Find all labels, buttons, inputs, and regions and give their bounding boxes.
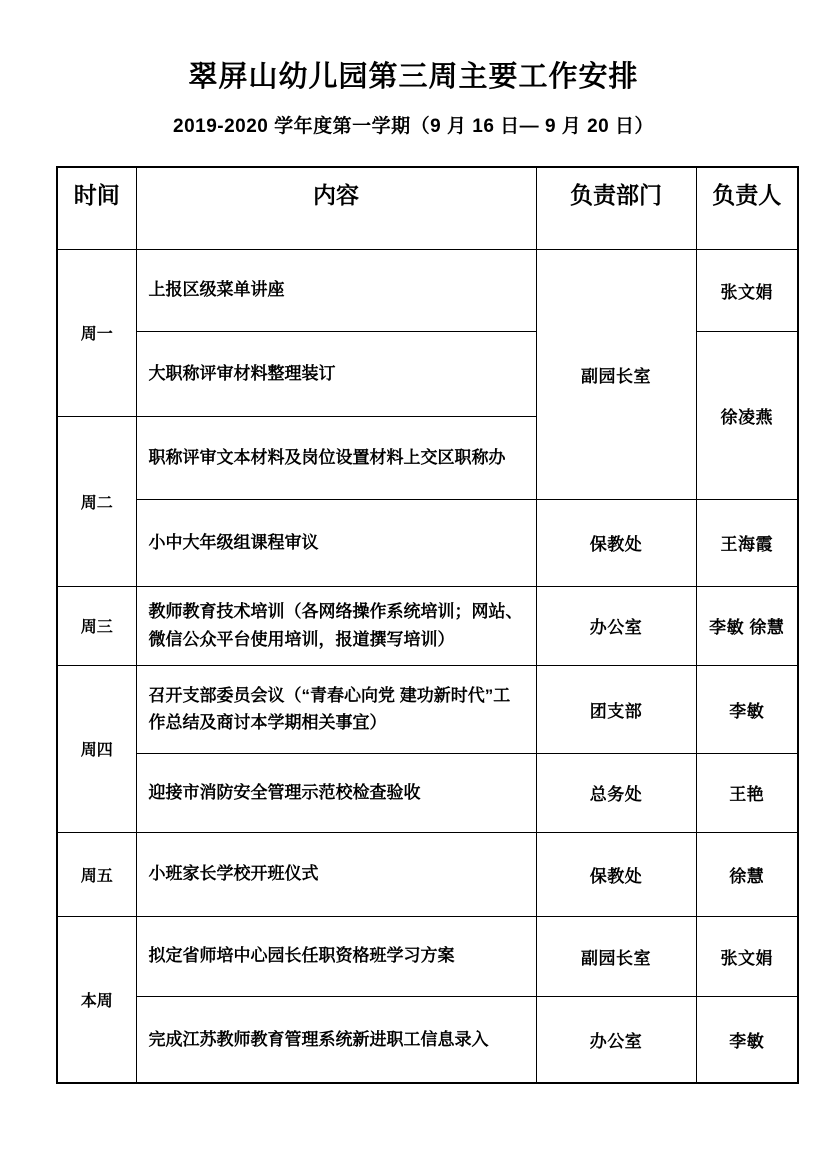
table-row: 周五 小班家长学校开班仪式 保教处 徐慧 (57, 832, 798, 916)
content-cell: 召开支部委员会议（“青春心向党 建功新时代”工作总结及商讨本学期相关事宜） (136, 665, 536, 753)
header-content: 内容 (136, 167, 536, 249)
table-row: 完成江苏教师教育管理系统新进职工信息录入 办公室 李敏 (57, 996, 798, 1083)
time-cell: 周四 (57, 665, 136, 832)
dept-cell: 保教处 (536, 832, 696, 916)
table-row: 小中大年级组课程审议 保教处 王海霞 (57, 499, 798, 586)
document-page: 翠屏山幼儿园第三周主要工作安排 2019-2020 学年度第一学期（9 月 16… (0, 0, 827, 1170)
content-cell: 职称评审文本材料及岗位设置材料上交区职称办 (136, 416, 536, 499)
dept-cell: 副园长室 (536, 249, 696, 499)
person-cell: 徐慧 (696, 832, 798, 916)
content-cell: 小班家长学校开班仪式 (136, 832, 536, 916)
content-cell: 完成江苏教师教育管理系统新进职工信息录入 (136, 996, 536, 1083)
content-cell: 拟定省师培中心园长任职资格班学习方案 (136, 916, 536, 996)
dept-cell: 团支部 (536, 665, 696, 753)
person-cell: 徐凌燕 (696, 331, 798, 499)
person-cell: 李敏 徐慧 (696, 586, 798, 665)
page-subtitle: 2019-2020 学年度第一学期（9 月 16 日— 9 月 20 日） (0, 111, 827, 138)
table-row: 周三 教师教育技术培训（各网络操作系统培训；网站、微信公众平台使用培训，报道撰写… (57, 586, 798, 665)
time-cell: 周二 (57, 416, 136, 586)
dept-cell: 副园长室 (536, 916, 696, 996)
content-cell: 大职称评审材料整理装订 (136, 331, 536, 416)
content-cell: 上报区级菜单讲座 (136, 249, 536, 331)
table-row: 周四 召开支部委员会议（“青春心向党 建功新时代”工作总结及商讨本学期相关事宜）… (57, 665, 798, 753)
content-cell: 小中大年级组课程审议 (136, 499, 536, 586)
header-person: 负责人 (696, 167, 798, 249)
time-cell: 周五 (57, 832, 136, 916)
page-title: 翠屏山幼儿园第三周主要工作安排 (0, 0, 827, 95)
content-cell: 迎接市消防安全管理示范校检查验收 (136, 753, 536, 832)
time-cell: 周一 (57, 249, 136, 416)
time-cell: 周三 (57, 586, 136, 665)
person-cell: 张文娟 (696, 249, 798, 331)
header-time: 时间 (57, 167, 136, 249)
person-cell: 王艳 (696, 753, 798, 832)
time-cell: 本周 (57, 916, 136, 1083)
person-cell: 张文娟 (696, 916, 798, 996)
person-cell: 李敏 (696, 996, 798, 1083)
person-cell: 李敏 (696, 665, 798, 753)
dept-cell: 总务处 (536, 753, 696, 832)
schedule-table: 时间 内容 负责部门 负责人 周一 上报区级菜单讲座 副园长室 张文娟 大职称评… (56, 166, 799, 1084)
table-row: 迎接市消防安全管理示范校检查验收 总务处 王艳 (57, 753, 798, 832)
content-cell: 教师教育技术培训（各网络操作系统培训；网站、微信公众平台使用培训，报道撰写培训） (136, 586, 536, 665)
dept-cell: 办公室 (536, 586, 696, 665)
header-dept: 负责部门 (536, 167, 696, 249)
table-row: 本周 拟定省师培中心园长任职资格班学习方案 副园长室 张文娟 (57, 916, 798, 996)
dept-cell: 保教处 (536, 499, 696, 586)
header-row: 时间 内容 负责部门 负责人 (57, 167, 798, 249)
table-row: 周一 上报区级菜单讲座 副园长室 张文娟 (57, 249, 798, 331)
person-cell: 王海霞 (696, 499, 798, 586)
dept-cell: 办公室 (536, 996, 696, 1083)
